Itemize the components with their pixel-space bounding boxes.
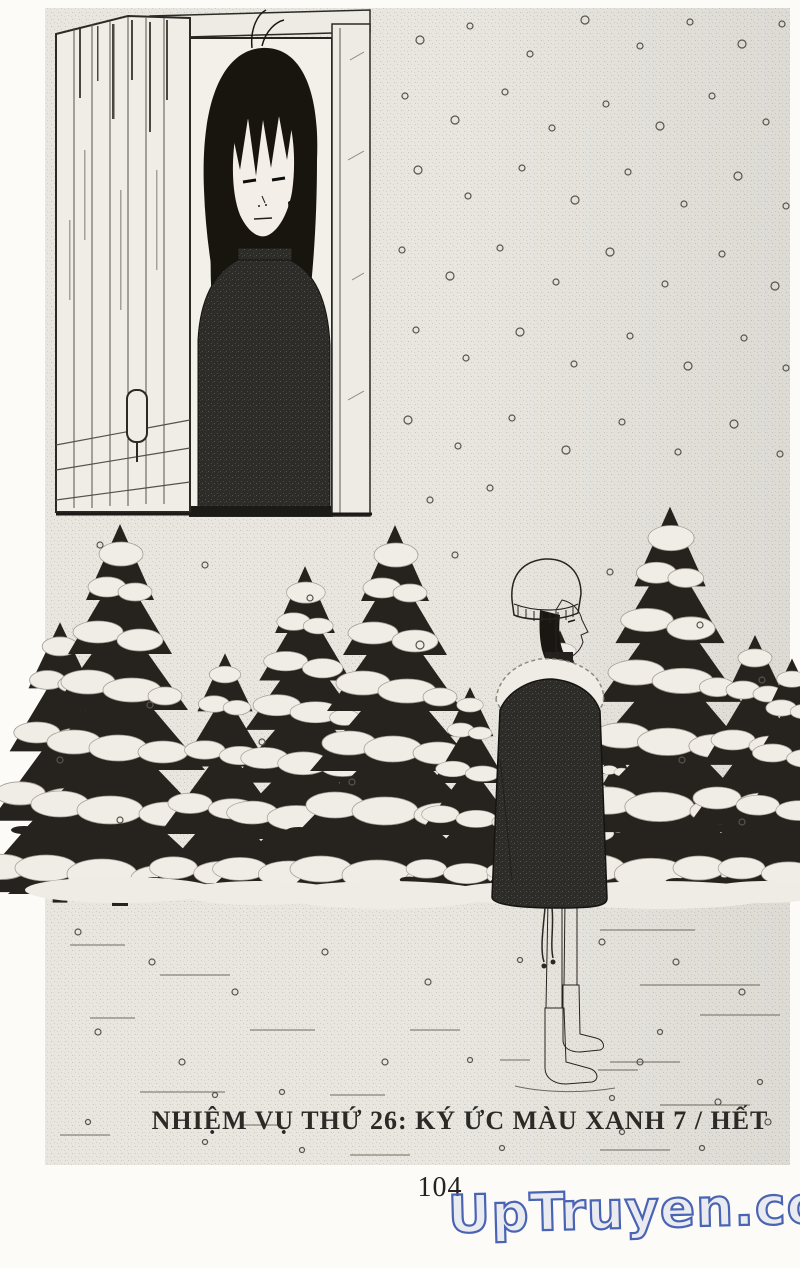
door-handle (127, 390, 147, 442)
watermark-uptruyen: UpTruyen.com (447, 1174, 800, 1245)
manga-page: NHIỆM VỤ THỨ 26: KÝ ỨC MÀU XANH 7 / HẾT … (0, 0, 800, 1268)
door-panel (56, 10, 372, 516)
pine-forest (0, 507, 800, 909)
wooden-door (56, 16, 190, 512)
chapter-title-caption: NHIỆM VỤ THỨ 26: KÝ ỨC MÀU XANH 7 / HẾT (150, 1106, 770, 1136)
manga-artwork (0, 0, 800, 1268)
